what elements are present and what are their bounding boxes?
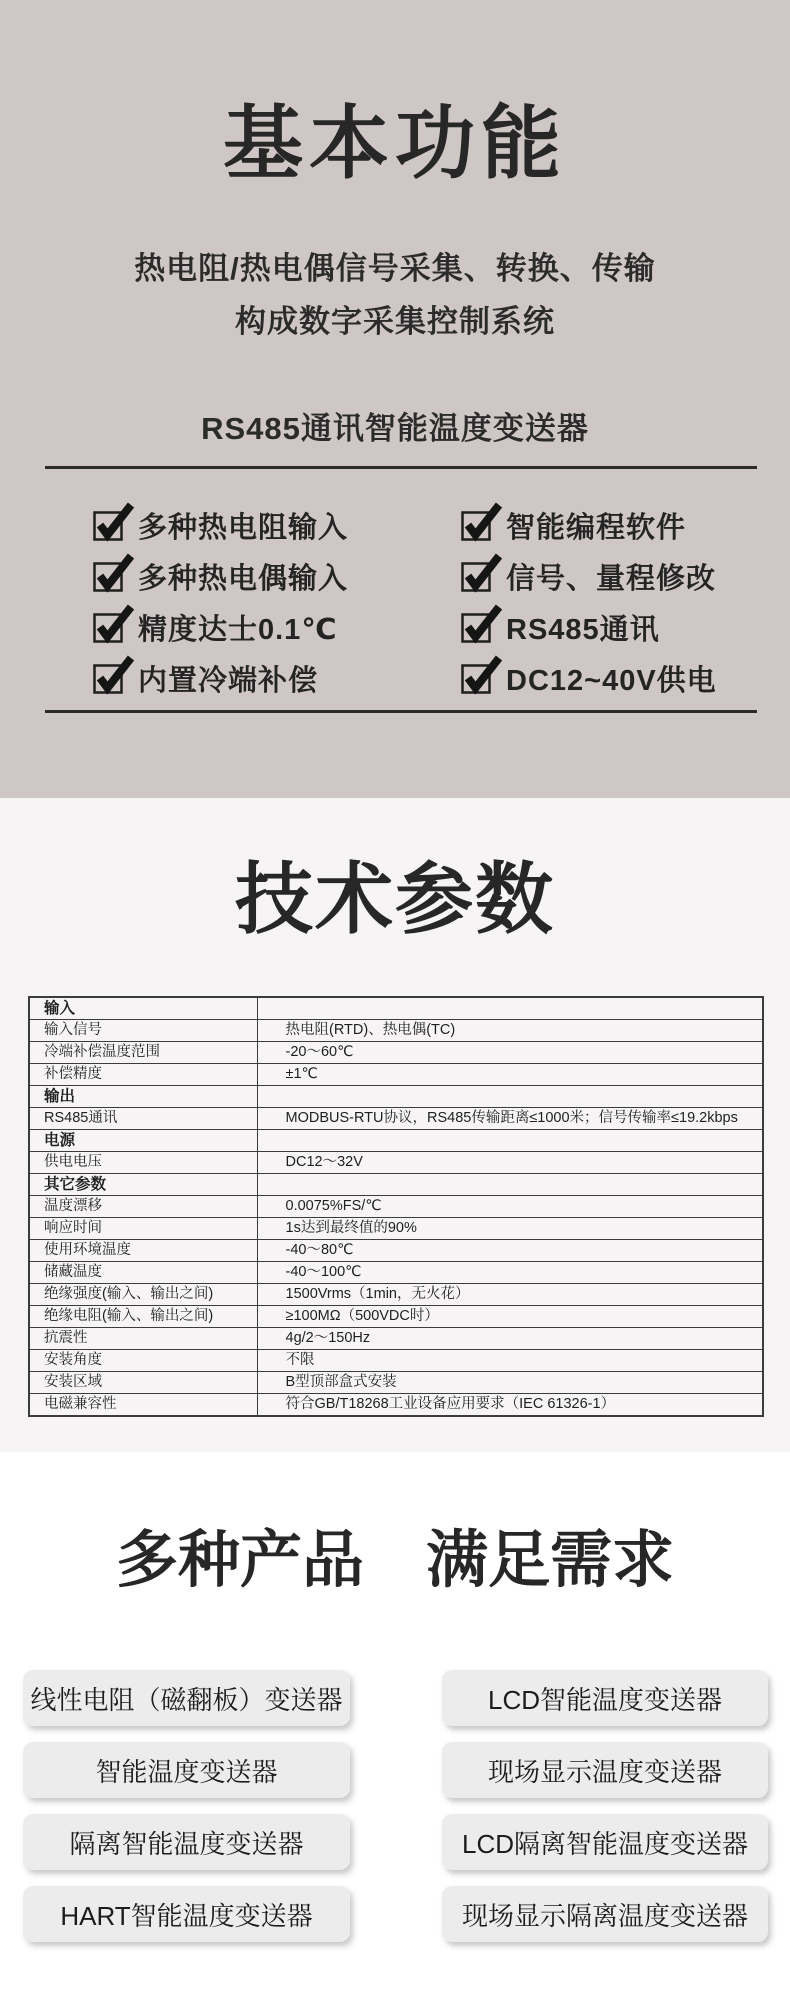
product-name-line: RS485通讯智能温度变送器 <box>0 412 790 446</box>
spec-value: 0.0075%FS/℃ <box>257 1196 763 1218</box>
product-button[interactable]: 现场显示隔离温度变送器 <box>442 1886 768 1942</box>
feature-label: RS485通讯 <box>506 607 660 648</box>
spec-label: 响应时间 <box>29 1218 257 1240</box>
divider-line-top <box>45 466 757 469</box>
spec-value: 4g/2～150Hz <box>257 1328 763 1350</box>
spec-label: 绝缘强度(输入、输出之间) <box>29 1284 257 1306</box>
spec-value: 1s达到最终值的90% <box>257 1218 763 1240</box>
spec-value: ±1℃ <box>257 1064 763 1086</box>
feature-item: DC12~40V供电 <box>460 662 742 694</box>
specs-table: 输入输入信号热电阻(RTD)、热电偶(TC)冷端补偿温度范围-20～60℃补偿精… <box>28 996 764 1417</box>
spec-section-row: 电源 <box>29 1130 763 1152</box>
product-button[interactable]: LCD智能温度变送器 <box>442 1670 768 1726</box>
feature-label: 多种热电偶输入 <box>138 556 348 597</box>
product-button-grid: 线性电阻（磁翻板）变送器LCD智能温度变送器智能温度变送器现场显示温度变送器隔离… <box>23 1670 768 1942</box>
spec-label: 输入信号 <box>29 1020 257 1042</box>
technical-specs-title: 技术参数 <box>0 860 790 938</box>
spec-value: 不限 <box>257 1350 763 1372</box>
feature-label: 多种热电阻输入 <box>138 505 348 546</box>
spec-value <box>257 1130 763 1152</box>
feature-item: 多种热电偶输入 <box>92 560 460 592</box>
spec-row: 储藏温度-40～100℃ <box>29 1262 763 1284</box>
feature-item: 信号、量程修改 <box>460 560 742 592</box>
spec-label: 储藏温度 <box>29 1262 257 1284</box>
spec-section-row: 其它参数 <box>29 1174 763 1196</box>
basic-functions-section: 基本功能 热电阻/热电偶信号采集、转换、传输 构成数字采集控制系统 RS485通… <box>0 0 790 798</box>
spec-row: 绝缘电阻(输入、输出之间)≥100MΩ（500VDC时） <box>29 1306 763 1328</box>
feature-item: 智能编程软件 <box>460 509 742 541</box>
feature-item: 内置冷端补偿 <box>92 662 460 694</box>
feature-label: DC12~40V供电 <box>506 658 717 699</box>
feature-item: 多种热电阻输入 <box>92 509 460 541</box>
divider-line-bottom <box>45 710 757 713</box>
spec-value: 符合GB/T18268工业设备应用要求（IEC 61326-1） <box>257 1394 763 1417</box>
spec-label: 输出 <box>29 1086 257 1108</box>
checkbox-checked-icon <box>92 553 136 593</box>
checkbox-checked-icon <box>460 604 504 644</box>
spec-label: 安装角度 <box>29 1350 257 1372</box>
spec-value: -40～80℃ <box>257 1240 763 1262</box>
product-button[interactable]: 现场显示温度变送器 <box>442 1742 768 1798</box>
checkbox-checked-icon <box>92 655 136 695</box>
product-detail-page: 基本功能 热电阻/热电偶信号采集、转换、传输 构成数字采集控制系统 RS485通… <box>0 0 790 2008</box>
feature-item: RS485通讯 <box>460 611 742 643</box>
checkbox-checked-icon <box>92 502 136 542</box>
spec-row: 安装角度不限 <box>29 1350 763 1372</box>
spec-label: 抗震性 <box>29 1328 257 1350</box>
spec-label: 安装区域 <box>29 1372 257 1394</box>
spec-value: -20～60℃ <box>257 1042 763 1064</box>
spec-label: 电磁兼容性 <box>29 1394 257 1417</box>
spec-label: 输入 <box>29 997 257 1020</box>
spec-row: 安装区域B型顶部盒式安装 <box>29 1372 763 1394</box>
checkbox-checked-icon <box>92 604 136 644</box>
spec-row: 供电电压DC12～32V <box>29 1152 763 1174</box>
checkbox-checked-icon <box>460 553 504 593</box>
spec-label: 供电电压 <box>29 1152 257 1174</box>
product-button[interactable]: 线性电阻（磁翻板）变送器 <box>23 1670 350 1726</box>
spec-value <box>257 1086 763 1108</box>
spec-value: -40～100℃ <box>257 1262 763 1284</box>
product-variants-section: 多种产品 满足需求 线性电阻（磁翻板）变送器LCD智能温度变送器智能温度变送器现… <box>0 1452 790 2008</box>
spec-value <box>257 1174 763 1196</box>
product-variants-title: 多种产品 满足需求 <box>0 1530 790 1592</box>
spec-row: RS485通讯MODBUS-RTU协议，RS485传输距离≤1000米；信号传输… <box>29 1108 763 1130</box>
product-button[interactable]: HART智能温度变送器 <box>23 1886 350 1942</box>
checkbox-checked-icon <box>460 655 504 695</box>
spec-label: RS485通讯 <box>29 1108 257 1130</box>
product-button[interactable]: 智能温度变送器 <box>23 1742 350 1798</box>
spec-section-row: 输入 <box>29 997 763 1020</box>
basic-subtitle-line2: 构成数字采集控制系统 <box>0 304 790 340</box>
spec-row: 绝缘强度(输入、输出之间)1500Vrms（1min，无火花） <box>29 1284 763 1306</box>
basic-functions-title: 基本功能 <box>0 104 790 184</box>
spec-value: MODBUS-RTU协议，RS485传输距离≤1000米；信号传输率≤19.2k… <box>257 1108 763 1130</box>
feature-item: 精度达士0.1℃ <box>92 611 460 643</box>
spec-row: 冷端补偿温度范围-20～60℃ <box>29 1042 763 1064</box>
feature-label: 信号、量程修改 <box>506 556 716 597</box>
feature-checklist: 多种热电阻输入多种热电偶输入精度达士0.1℃内置冷端补偿智能编程软件信号、量程修… <box>92 509 742 694</box>
spec-value: 热电阻(RTD)、热电偶(TC) <box>257 1020 763 1042</box>
spec-row: 电磁兼容性符合GB/T18268工业设备应用要求（IEC 61326-1） <box>29 1394 763 1417</box>
spec-section-row: 输出 <box>29 1086 763 1108</box>
spec-value: 1500Vrms（1min，无火花） <box>257 1284 763 1306</box>
spec-label: 冷端补偿温度范围 <box>29 1042 257 1064</box>
spec-row: 抗震性4g/2～150Hz <box>29 1328 763 1350</box>
spec-label: 温度漂移 <box>29 1196 257 1218</box>
feature-label: 内置冷端补偿 <box>138 658 318 699</box>
spec-value: B型顶部盒式安装 <box>257 1372 763 1394</box>
technical-specs-section: 技术参数 输入输入信号热电阻(RTD)、热电偶(TC)冷端补偿温度范围-20～6… <box>0 798 790 1452</box>
spec-label: 绝缘电阻(输入、输出之间) <box>29 1306 257 1328</box>
spec-row: 使用环境温度-40～80℃ <box>29 1240 763 1262</box>
spec-row: 温度漂移0.0075%FS/℃ <box>29 1196 763 1218</box>
spec-row: 响应时间1s达到最终值的90% <box>29 1218 763 1240</box>
product-button[interactable]: 隔离智能温度变送器 <box>23 1814 350 1870</box>
spec-label: 使用环境温度 <box>29 1240 257 1262</box>
basic-subtitle-line1: 热电阻/热电偶信号采集、转换、传输 <box>0 251 790 287</box>
product-button[interactable]: LCD隔离智能温度变送器 <box>442 1814 768 1870</box>
feature-label: 精度达士0.1℃ <box>138 607 337 648</box>
spec-row: 补偿精度±1℃ <box>29 1064 763 1086</box>
checkbox-checked-icon <box>460 502 504 542</box>
spec-label: 电源 <box>29 1130 257 1152</box>
spec-label: 补偿精度 <box>29 1064 257 1086</box>
spec-value: DC12～32V <box>257 1152 763 1174</box>
spec-row: 输入信号热电阻(RTD)、热电偶(TC) <box>29 1020 763 1042</box>
spec-value: ≥100MΩ（500VDC时） <box>257 1306 763 1328</box>
spec-value <box>257 997 763 1020</box>
spec-label: 其它参数 <box>29 1174 257 1196</box>
feature-label: 智能编程软件 <box>506 505 686 546</box>
